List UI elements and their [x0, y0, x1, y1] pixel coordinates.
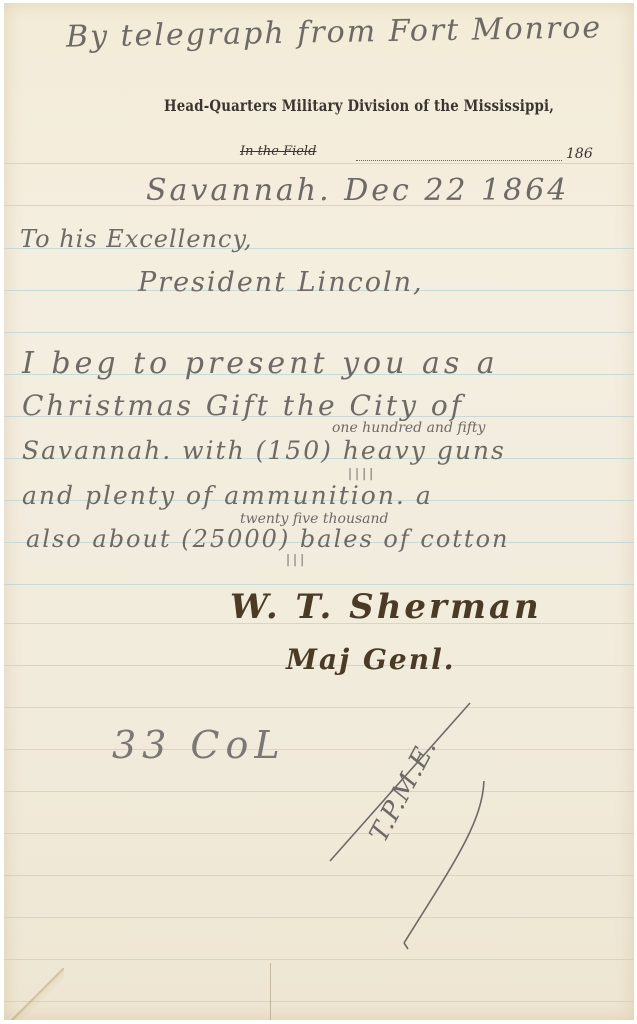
ruled-line	[4, 959, 634, 960]
body-line-3: Savannah. with (150) heavy guns	[22, 436, 506, 465]
body-line-4: and plenty of ammunition. a	[22, 481, 433, 510]
signature-title: Maj Genl.	[286, 643, 455, 676]
header-note: By telegraph from Fort Monroe	[66, 10, 603, 54]
paper-fold	[270, 963, 271, 1020]
pencil-number-annotation: 33 CoL	[112, 723, 286, 767]
body-line-2: Christmas Gift the City of	[22, 389, 464, 422]
ruled-line	[4, 875, 634, 876]
letterhead-year: 186	[566, 146, 593, 162]
ruled-line	[4, 1001, 634, 1002]
letterhead-place-struck: In the Field	[240, 144, 316, 159]
letterhead-title: Head-Quarters Military Division of the M…	[164, 96, 554, 115]
ruled-line	[4, 749, 634, 750]
ruled-line	[4, 833, 634, 834]
ruled-line	[4, 917, 634, 918]
letterhead-dotted-line	[356, 160, 562, 161]
ruled-line	[4, 791, 634, 792]
tally-marks: ||||	[348, 466, 376, 480]
corner-crease	[4, 968, 64, 1020]
body-line-1: I beg to present you as a	[22, 346, 499, 381]
signature-name: W. T. Sherman	[230, 587, 542, 627]
interlinear-one-hundred-fifty: one hundred and fifty	[332, 420, 485, 436]
ruled-line	[4, 584, 634, 585]
tally-marks: |||	[286, 552, 307, 566]
salutation-line-1: To his Excellency,	[20, 225, 252, 253]
salutation-line-2: President Lincoln,	[138, 267, 424, 298]
dateline: Savannah. Dec 22 1864	[146, 173, 569, 208]
ruled-line	[4, 332, 634, 333]
body-line-5: also about (25000) bales of cotton	[26, 525, 509, 553]
document-sheet: By telegraph from Fort Monroe Head-Quart…	[4, 3, 634, 1020]
ruled-line	[4, 163, 634, 164]
ruled-line	[4, 707, 634, 708]
